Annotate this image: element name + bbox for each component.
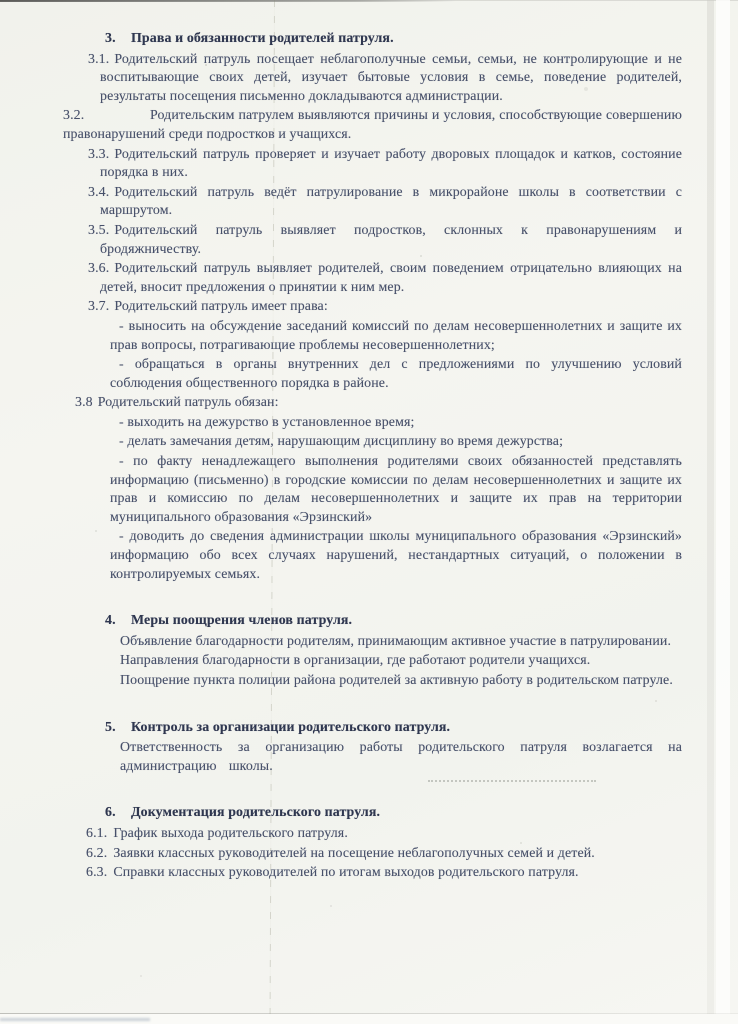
list-item: 3.8Родительский патруль обязан: (63, 394, 682, 413)
scan-top-edge-faint-line (0, 0, 738, 1)
item-text: График выхода родительского патруля. (113, 826, 348, 841)
section-4: 4.Меры поощрения членов патруля.Объявлен… (63, 612, 682, 690)
section-number: 5. (105, 719, 131, 738)
section-number: 4. (105, 612, 131, 631)
scan-bottom-left-smudge (0, 1018, 150, 1021)
item-number: 3.8 (75, 395, 93, 410)
item-number: 3.5. (88, 223, 109, 238)
section-heading: 3.Права и обязанности родителей патруля. (63, 30, 682, 49)
section-title: Документация родительского патруля. (131, 805, 380, 820)
document-content: 3.Права и обязанности родителей патруля.… (63, 30, 682, 884)
list-item: 6.3.Справки классных руководителей по ит… (63, 864, 682, 883)
section-title: Права и обязанности родителей патруля. (131, 31, 394, 46)
section-title: Меры поощрения членов патруля. (131, 613, 352, 628)
item-number: 3.2. (63, 107, 150, 126)
item-text: Родительский патруль проверяет и изучает… (100, 147, 682, 181)
section-number: 3. (105, 30, 131, 49)
list-item: 3.6.Родительский патруль выявляет родите… (63, 260, 682, 297)
section-5: 5.Контроль за организации родительского … (63, 719, 682, 777)
list-item: 3.5.Родительский патруль выявляет подрос… (63, 222, 682, 259)
section-heading: 4.Меры поощрения членов патруля. (63, 612, 682, 631)
section-number: 6. (105, 804, 131, 823)
paragraph: Объявление благодарности родителям, прин… (63, 633, 682, 652)
item-text: Родительский патруль ведёт патрулировани… (100, 185, 682, 219)
paragraph: Поощрение пункта полиции района родителе… (63, 672, 682, 691)
scanned-document-page: 3.Права и обязанности родителей патруля.… (0, 0, 738, 1024)
bullet-line: - выносить на обсуждение заседаний комис… (63, 318, 682, 355)
item-number: 6.2. (86, 846, 107, 861)
list-item: 3.2.Родительским патрулем выявляются при… (63, 107, 682, 144)
item-number: 3.6. (88, 261, 109, 276)
item-number: 3.7. (88, 299, 109, 314)
bullet-line: - обращаться в органы внутренних дел с п… (63, 356, 682, 393)
scan-noise-specks (0, 0, 2, 2)
item-number: 3.1. (88, 52, 109, 67)
bullet-line: - доводить до сведения администрации шко… (63, 528, 682, 584)
paragraph: Ответственность за организацию работы ро… (63, 739, 682, 776)
item-text: Родительский патруль обязан: (98, 395, 279, 410)
list-item: 3.4.Родительский патруль ведёт патрулиро… (63, 184, 682, 221)
item-text: Справки классных руководителей по итогам… (113, 865, 578, 880)
bullet-line: - выходить на дежурство в установленное … (63, 414, 682, 433)
section-6: 6.Документация родительского патруля.6.1… (63, 804, 682, 882)
section-heading: 6.Документация родительского патруля. (63, 804, 682, 823)
section-heading: 5.Контроль за организации родительского … (63, 719, 682, 738)
item-text: Родительский патруль посещает неблагопол… (100, 52, 682, 104)
item-text: Родительский патруль выявляет родителей,… (100, 261, 682, 295)
item-number: 3.3. (88, 147, 109, 162)
item-text: Родительским патрулем выявляются причины… (63, 108, 682, 142)
paper-right-edge-highlight (716, 0, 730, 1024)
item-number: 3.4. (88, 185, 109, 200)
section-3: 3.Права и обязанности родителей патруля.… (63, 30, 682, 584)
paper-right-edge-shadow (707, 0, 714, 1024)
item-text: Родительский патруль выявляет подростков… (100, 223, 682, 257)
item-text: Заявки классных руководителей на посещен… (113, 846, 595, 861)
list-item: 3.7.Родительский патруль имеет права: (63, 298, 682, 317)
list-item: 6.1.График выхода родительского патруля. (63, 825, 682, 844)
list-item: 3.1.Родительский патруль посещает неблаг… (63, 51, 682, 107)
paragraph: Направления благодарности в организации,… (63, 652, 682, 671)
item-text: Родительский патруль имеет права: (114, 299, 328, 314)
list-item: 6.2.Заявки классных руководителей на пос… (63, 845, 682, 864)
item-number: 6.1. (86, 826, 107, 841)
list-item: 3.3.Родительский патруль проверяет и изу… (63, 146, 682, 183)
item-number: 6.3. (86, 865, 107, 880)
section-title: Контроль за организации родительского па… (131, 720, 450, 735)
bullet-line: - делать замечания детям, нарушающим дис… (63, 433, 682, 452)
bullet-line: - по факту ненадлежащего выполнения роди… (63, 453, 682, 527)
